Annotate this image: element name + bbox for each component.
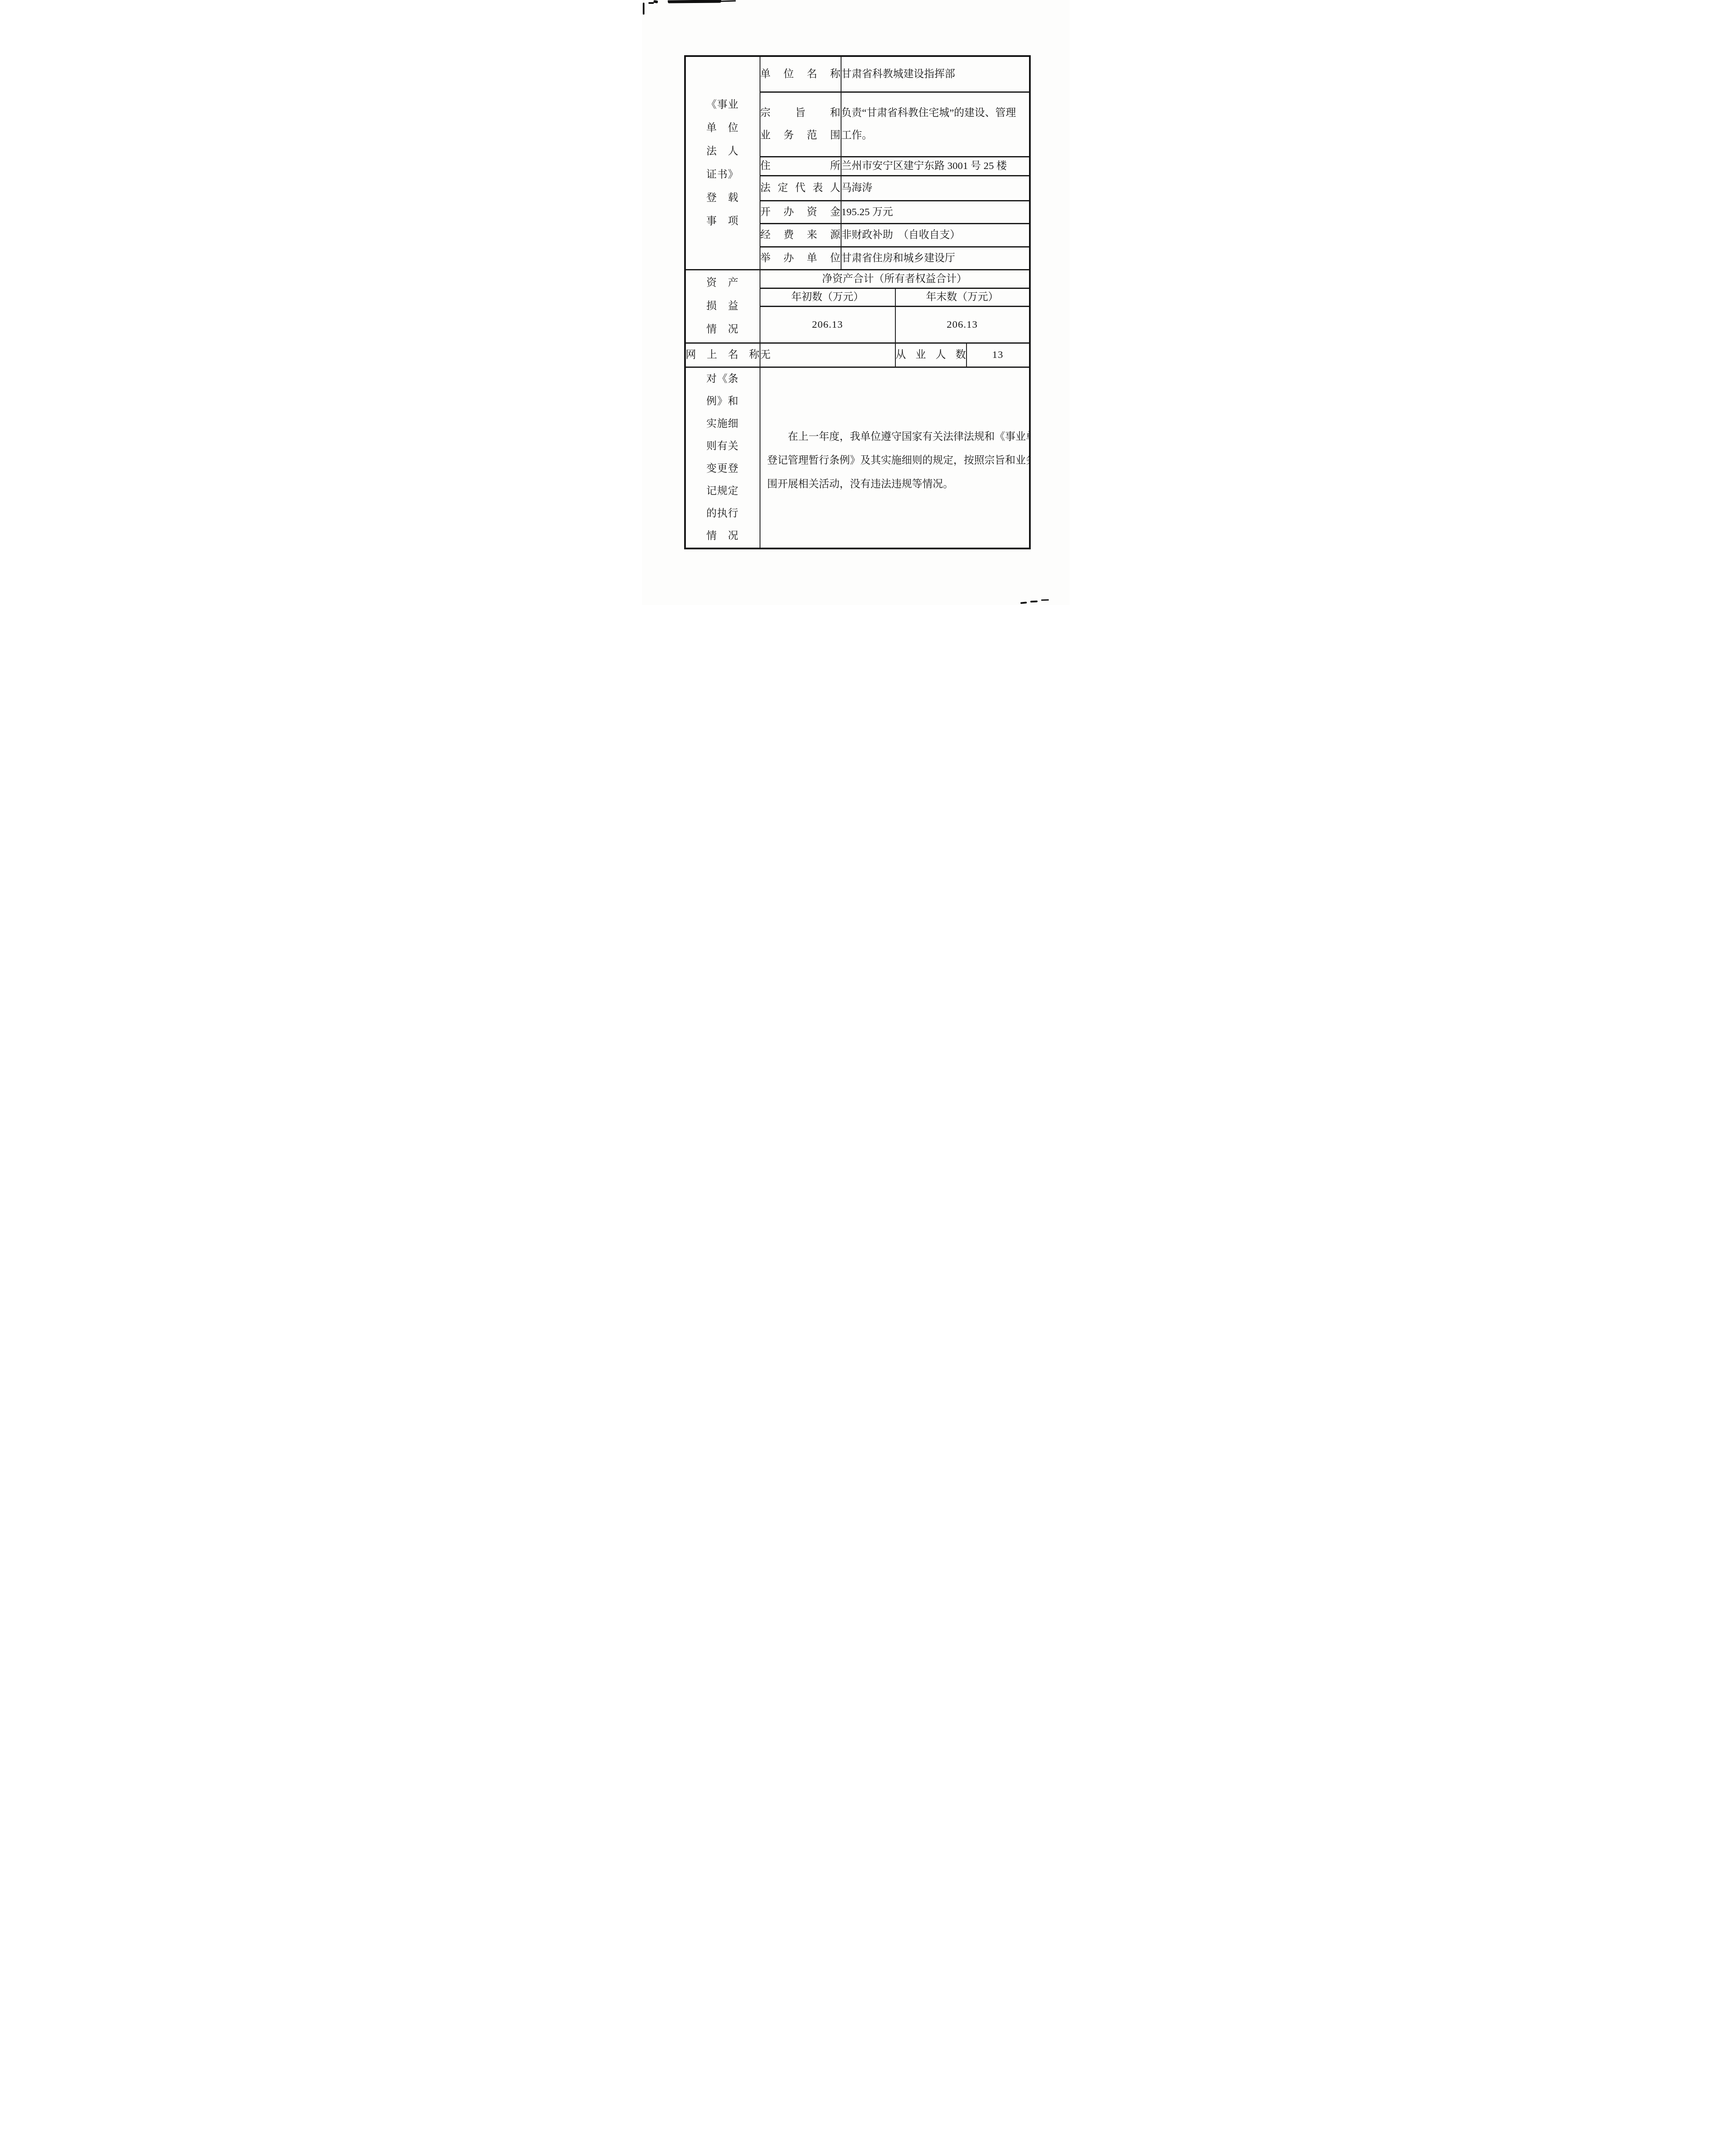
compliance-paragraph: 在上一年度，我单位遵守国家有关法律法规和《事业单位 登记管理暂行条例》及其实施细… <box>760 419 1029 496</box>
assets-label-line: 情 况 <box>686 318 760 341</box>
compliance-label-line: 的执行 <box>686 502 760 525</box>
assets-label-line: 损 益 <box>686 295 760 318</box>
scanned-document-page: 《事业 单 位 法 人 证书》 登 载 事 项 单位名称 甘肃省科教城建设指挥部… <box>642 0 1070 605</box>
cell-sponsor-value: 甘肃省住房和城乡建设厅 <box>841 247 1030 269</box>
compliance-label-line: 记规定 <box>686 480 760 502</box>
compliance-label-line: 则有关 <box>686 435 760 458</box>
assets-label-line: 资 产 <box>686 271 760 295</box>
cell-compliance-section-label: 对《条 例》和 实施细 则有关 变更登 记规定 的执行 情 况 <box>685 367 760 548</box>
certificate-label-line: 证书》 <box>686 163 760 186</box>
compliance-label-line: 对《条 <box>686 368 760 390</box>
cell-compliance-statement: 在上一年度，我单位遵守国家有关法律法规和《事业单位 登记管理暂行条例》及其实施细… <box>760 367 1030 548</box>
scan-artifact-bottom-dash1 <box>1020 602 1026 604</box>
cell-unit-name-label: 单位名称 <box>760 56 841 92</box>
scan-artifact-top-tail <box>720 0 735 2</box>
cell-online-name-value: 无 <box>760 343 895 367</box>
cell-assets-section-label: 资 产 损 益 情 况 <box>685 269 760 343</box>
mission-value-line1: 负责“甘肃省科教住宅城”的建设、管理 <box>841 102 1029 124</box>
compliance-label-line: 例》和 <box>686 390 760 413</box>
cell-year-end-value: 206.13 <box>895 306 1030 343</box>
cell-funding-value: 非财政补助 （自收自支） <box>841 223 1030 247</box>
compliance-label-line: 实施细 <box>686 413 760 435</box>
cell-staff-count-label: 从业人数 <box>895 343 967 367</box>
cell-capital-label: 开办资金 <box>760 201 841 223</box>
cell-staff-count-value: 13 <box>967 343 1030 367</box>
scan-artifact-corner-dot <box>653 0 658 3</box>
certificate-label-line: 登 载 <box>686 186 760 210</box>
compliance-label-line: 情 况 <box>686 525 760 547</box>
certificate-label-line: 法 人 <box>686 140 760 163</box>
certificate-label-line: 事 项 <box>686 210 760 233</box>
scan-artifact-corner-dash <box>648 2 654 4</box>
cell-sponsor-label: 举办单位 <box>760 247 841 269</box>
scan-artifact-bottom-dash3 <box>1041 599 1048 601</box>
cell-mission-value: 负责“甘肃省科教住宅城”的建设、管理 工作。 <box>841 92 1030 157</box>
compliance-paragraph-line2: 登记管理暂行条例》及其实施细则的规定，按照宗旨和业务范 <box>767 449 1023 473</box>
annual-report-table: 《事业 单 位 法 人 证书》 登 载 事 项 单位名称 甘肃省科教城建设指挥部… <box>684 55 1031 549</box>
compliance-paragraph-line3: 围开展相关活动，没有违法违规等情况。 <box>767 473 1023 496</box>
cell-address-label: 住 所 <box>760 157 841 175</box>
cell-online-name-label: 网上名称 <box>685 343 760 367</box>
cell-year-start-header: 年初数（万元） <box>760 288 895 306</box>
cell-net-assets-header: 净资产合计（所有者权益合计） <box>760 269 1030 288</box>
mission-label-line2: 业务范围 <box>760 124 841 147</box>
cell-mission-label: 宗 旨 和 业务范围 <box>760 92 841 157</box>
mission-value-line2: 工作。 <box>841 124 1029 147</box>
cell-certificate-section-label: 《事业 单 位 法 人 证书》 登 载 事 项 <box>685 56 760 269</box>
cell-funding-label: 经费来源 <box>760 223 841 247</box>
compliance-label-line: 变更登 <box>686 458 760 480</box>
mission-label-line1: 宗 旨 和 <box>760 102 841 124</box>
scan-artifact-top-streak <box>667 0 721 3</box>
cell-address-value: 兰州市安宁区建宁东路 3001 号 25 楼 <box>841 157 1030 175</box>
cell-legal-rep-label: 法定代表人 <box>760 175 841 201</box>
scan-artifact-corner-mark <box>643 3 644 15</box>
cell-year-start-value: 206.13 <box>760 306 895 343</box>
compliance-paragraph-line1: 在上一年度，我单位遵守国家有关法律法规和《事业单位 <box>767 425 1023 449</box>
cell-year-end-header: 年末数（万元） <box>895 288 1030 306</box>
cell-capital-value: 195.25 万元 <box>841 201 1030 223</box>
cell-unit-name-value: 甘肃省科教城建设指挥部 <box>841 56 1030 92</box>
scan-artifact-bottom-dash2 <box>1030 601 1037 603</box>
certificate-label-line: 单 位 <box>686 116 760 140</box>
certificate-label-line: 《事业 <box>686 93 760 116</box>
cell-legal-rep-value: 马海涛 <box>841 175 1030 201</box>
